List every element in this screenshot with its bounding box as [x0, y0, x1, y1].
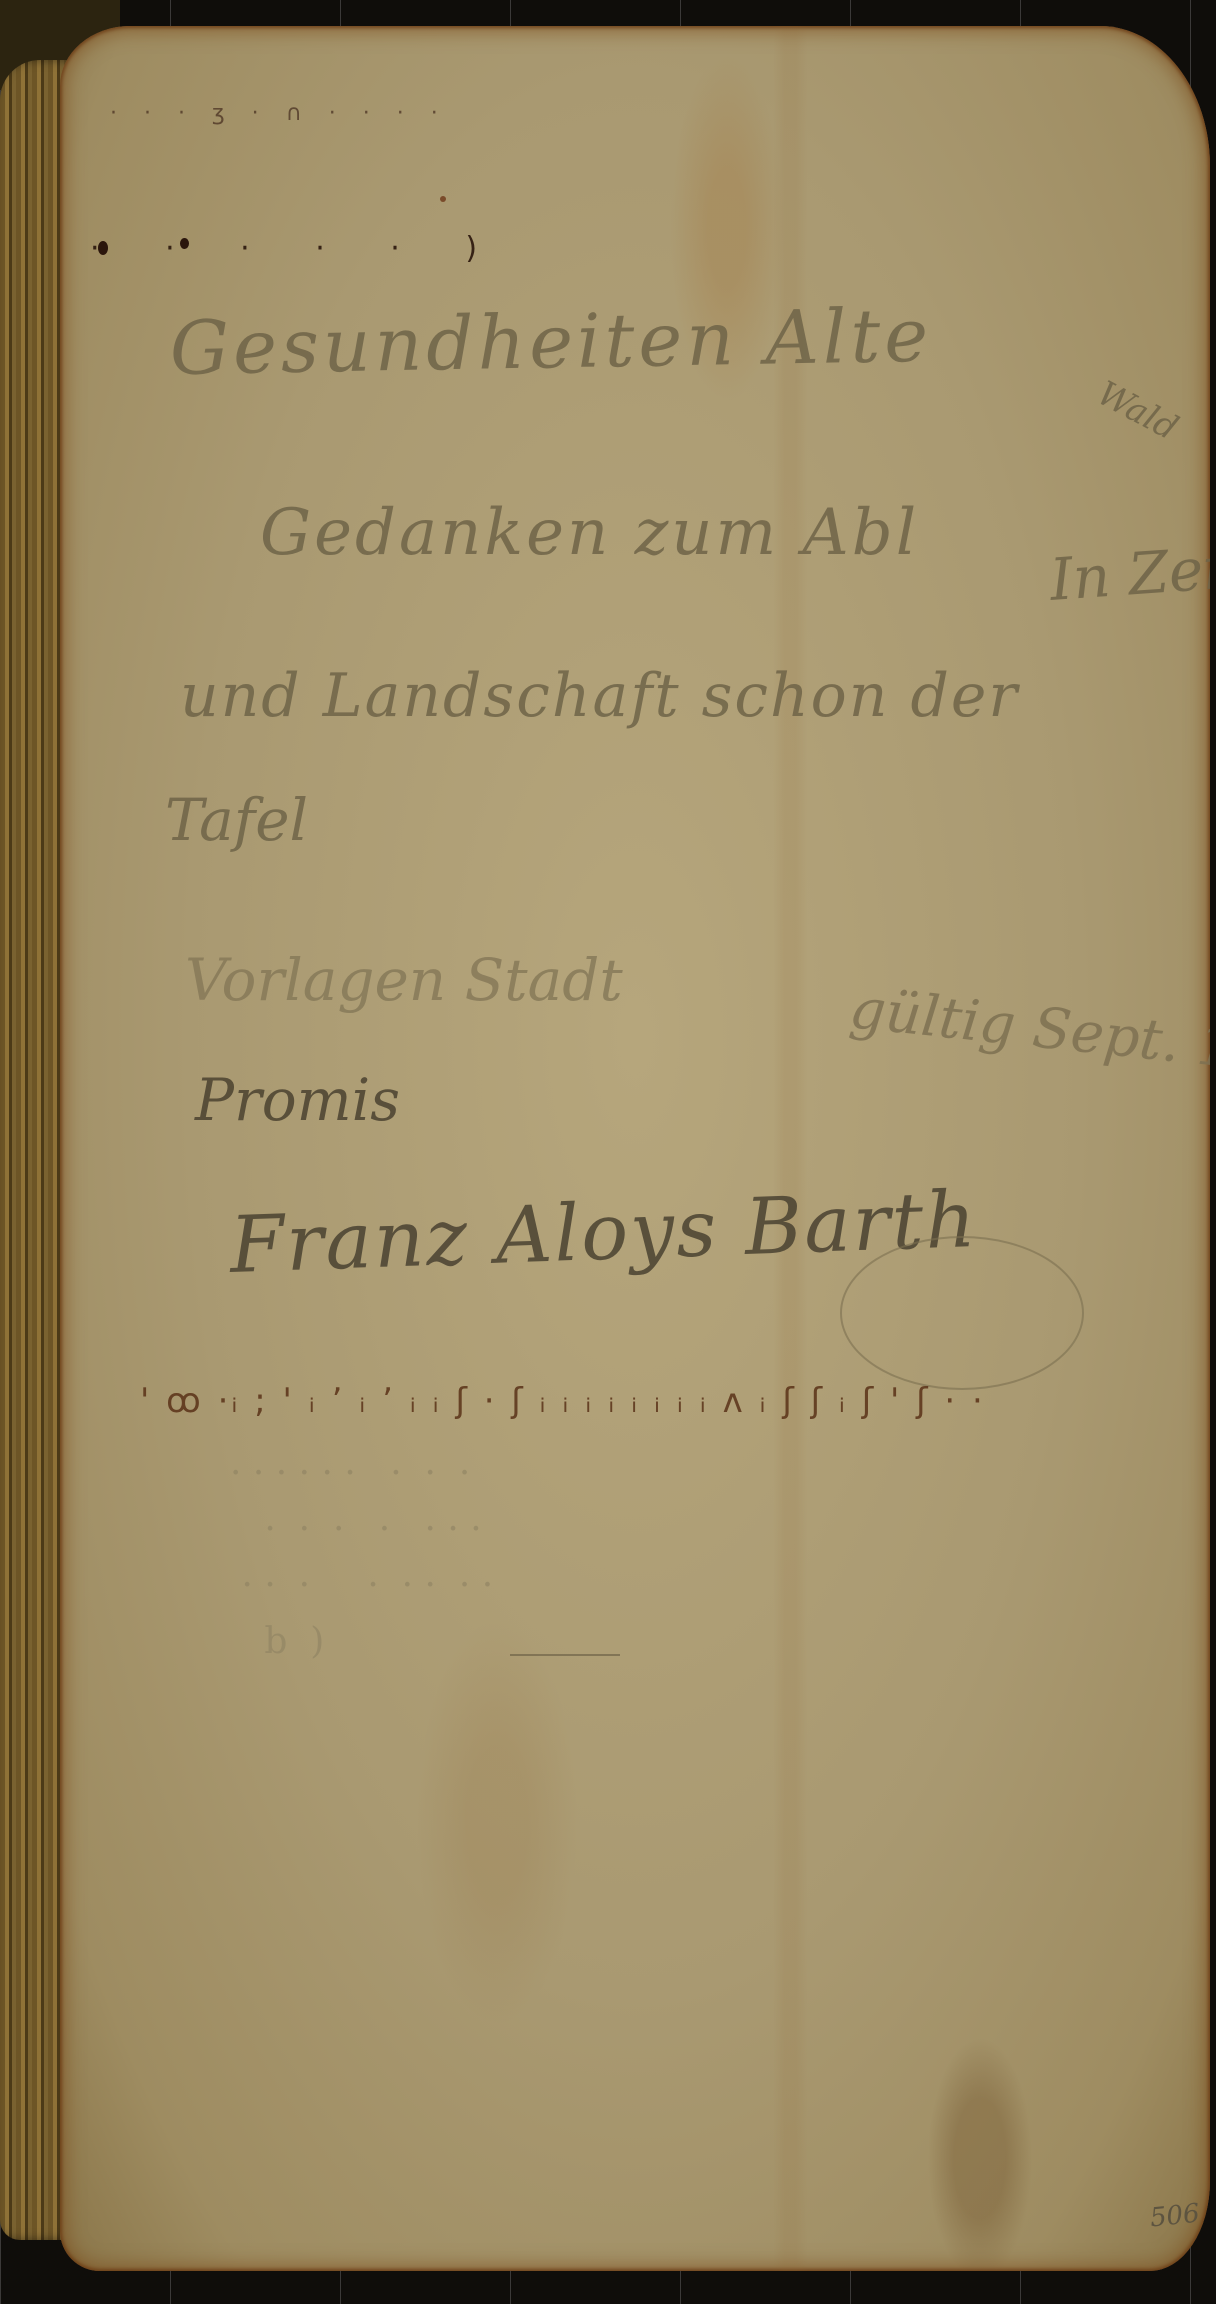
- bleed-through-marks-top: · · · ʒ · ∩ · · · ·: [110, 101, 448, 126]
- faint-bleed-through-text: · · · · · · · · · · · · · · · · · · · · …: [230, 1446, 493, 1670]
- bleed-through-ink-line: ' ꝏ ·ᵢ ; ' ᵢ ʼ ᵢ ʼ ᵢ ᵢ ʃ · ʃ ᵢ ᵢ ᵢ ᵢ ᵢ ᵢ…: [140, 1381, 986, 1421]
- ink-spot: [98, 241, 108, 255]
- manuscript-line-6: Promis: [195, 1066, 400, 1134]
- manuscript-line-1: Gesundheiten Alte: [169, 293, 932, 392]
- manuscript-line-2: Gedanken zum Abl: [260, 496, 919, 570]
- stain-spot: [440, 196, 446, 202]
- ink-spot: [180, 238, 189, 249]
- pen-stroke: [510, 1654, 620, 1656]
- signature-flourish: [840, 1236, 1084, 1390]
- ink-spots-top: · · · · · ): [90, 231, 505, 266]
- manuscript-line-5: Vorlagen Stadt: [185, 946, 623, 1014]
- manuscript-line-4: Tafel: [165, 786, 308, 854]
- margin-note-1: Wald: [1091, 373, 1185, 448]
- manuscript-page: · · · ʒ · ∩ · · · · · · · · · ) Gesundhe…: [60, 26, 1210, 2271]
- date-entry: gültig Sept. 182: [847, 976, 1210, 1088]
- margin-note-2: In Zeiten: [1048, 527, 1210, 613]
- manuscript-line-3: und Landschaft schon der: [180, 661, 1019, 731]
- folio-number: 506: [1149, 2198, 1202, 2233]
